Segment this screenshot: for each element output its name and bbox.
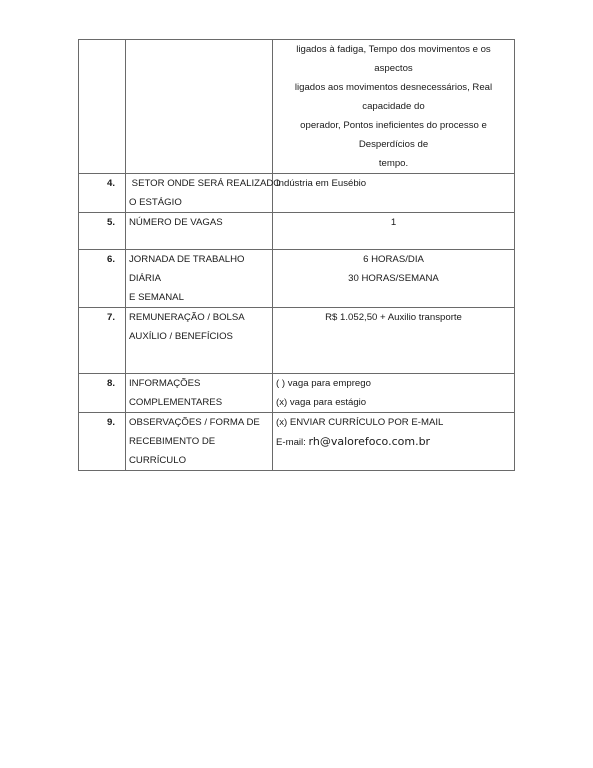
label-line: COMPLEMENTARES [129,393,269,412]
table-row-informacoes: 8. INFORMAÇÕES COMPLEMENTARES ( ) vaga p… [79,374,515,413]
row-value-informacoes: ( ) vaga para emprego (x) vaga para está… [273,374,515,413]
value-line: Indústria em Eusébio [276,174,511,193]
row-value-remuneracao: R$ 1.052,50 + Auxilio transporte [273,308,515,374]
row-label-setor: SETOR ONDE SERÁ REALIZADO O ESTÁGIO [126,174,273,213]
label-line: JORNADA DE TRABALHO DIÁRIA [129,250,269,288]
row-value-jornada: 6 HORAS/DIA 30 HORAS/SEMANA [273,250,515,308]
label-line: RECEBIMENTO DE CURRÍCULO [129,432,269,470]
email-prefix: E-mail: [276,437,309,448]
label-line: SETOR ONDE SERÁ REALIZADO [129,174,269,193]
value-line: tempo. [276,154,511,173]
checkbox-option-emprego: ( ) vaga para emprego [276,374,511,393]
email-link[interactable]: rh@valorefoco.com.br [309,435,431,448]
row-number [79,40,126,174]
row-number: 4. [79,174,126,213]
row-value-setor: Indústria em Eusébio [273,174,515,213]
label-line: NÚMERO DE VAGAS [129,213,269,232]
label-line: REMUNERAÇÃO / BOLSA [129,308,269,327]
value-line: operador, Pontos ineficientes do process… [276,116,511,154]
table-row-jornada: 6. JORNADA DE TRABALHO DIÁRIA E SEMANAL … [79,250,515,308]
row-value-analysis-description: ligados à fadiga, Tempo dos movimentos e… [273,40,515,174]
table-row-setor: 4. SETOR ONDE SERÁ REALIZADO O ESTÁGIO I… [79,174,515,213]
label-line: O ESTÁGIO [129,193,269,212]
row-number: 9. [79,413,126,471]
table-row-observacoes: 9. OBSERVAÇÕES / FORMA DE RECEBIMENTO DE… [79,413,515,471]
label-line: AUXÍLIO / BENEFÍCIOS [129,327,269,346]
row-number: 5. [79,213,126,250]
table-row-remuneracao: 7. REMUNERAÇÃO / BOLSA AUXÍLIO / BENEFÍC… [79,308,515,374]
value-line: ligados aos movimentos desnecessários, R… [276,78,511,116]
value-line: 30 HORAS/SEMANA [276,269,511,288]
checkbox-option-estagio: (x) vaga para estágio [276,393,511,412]
job-posting-table: ligados à fadiga, Tempo dos movimentos e… [78,39,515,471]
value-line: 1 [276,213,511,232]
row-label [126,40,273,174]
label-line: OBSERVAÇÕES / FORMA DE [129,413,269,432]
row-label-jornada: JORNADA DE TRABALHO DIÁRIA E SEMANAL [126,250,273,308]
email-line: E-mail: rh@valorefoco.com.br [276,432,511,452]
row-label-observacoes: OBSERVAÇÕES / FORMA DE RECEBIMENTO DE CU… [126,413,273,471]
value-line: (x) ENVIAR CURRÍCULO POR E-MAIL [276,413,511,432]
row-number: 8. [79,374,126,413]
row-value-observacoes: (x) ENVIAR CURRÍCULO POR E-MAIL E-mail: … [273,413,515,471]
table-row-continuation: ligados à fadiga, Tempo dos movimentos e… [79,40,515,174]
row-number: 6. [79,250,126,308]
row-number: 7. [79,308,126,374]
value-line: 6 HORAS/DIA [276,250,511,269]
value-line: R$ 1.052,50 + Auxilio transporte [276,308,511,327]
row-value-vagas: 1 [273,213,515,250]
row-label-vagas: NÚMERO DE VAGAS [126,213,273,250]
row-label-informacoes: INFORMAÇÕES COMPLEMENTARES [126,374,273,413]
row-label-remuneracao: REMUNERAÇÃO / BOLSA AUXÍLIO / BENEFÍCIOS [126,308,273,374]
value-line: ligados à fadiga, Tempo dos movimentos e… [276,40,511,78]
label-line: INFORMAÇÕES [129,374,269,393]
label-line: E SEMANAL [129,288,269,307]
table-row-vagas: 5. NÚMERO DE VAGAS 1 [79,213,515,250]
